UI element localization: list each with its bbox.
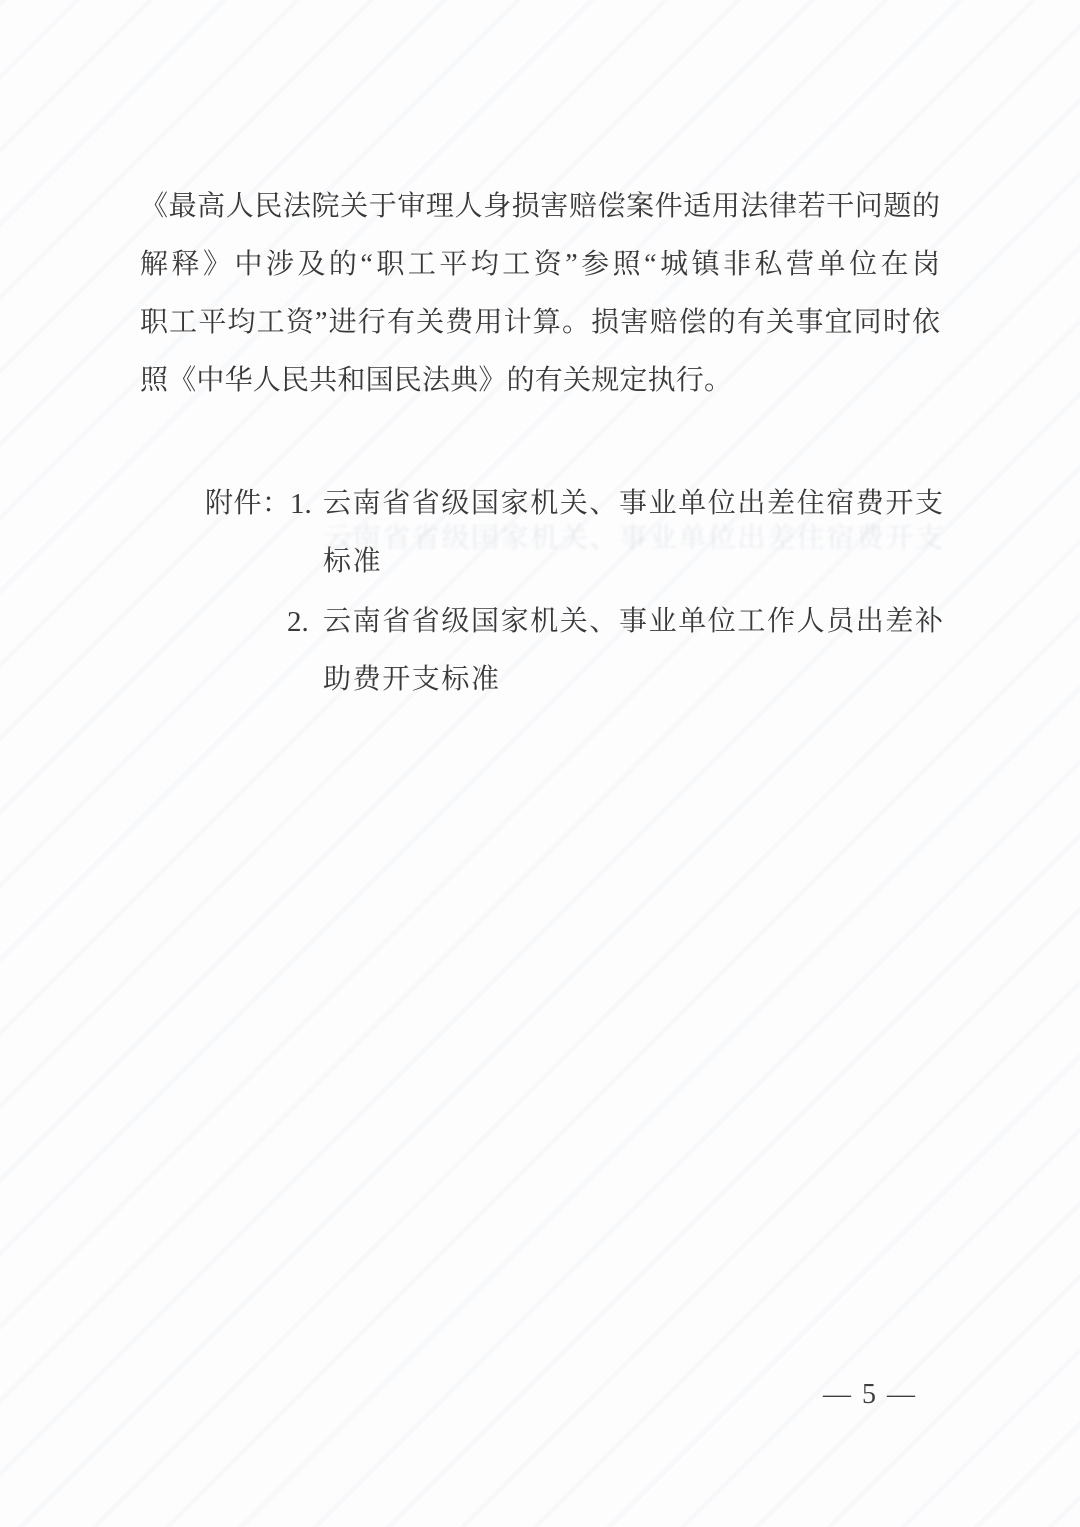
attachment-2-title-line-1: 云南省省级国家机关、事业单位工作人员出差补 (323, 593, 945, 651)
attachment-1-title-line-1: 云南省省级国家机关、事业单位出差住宿费开支 (323, 475, 945, 533)
document-page: 《最高人民法院关于审理人身损害赔偿案件适用法律若干问题的 解释》中涉及的“职工平… (0, 0, 1080, 1527)
attachment-2-title-line-2: 助费开支标准 (323, 651, 501, 709)
attachments-block: 附件： 1. 云南省省级国家机关、事业单位出差住宿费开支 标准 2. 云南省省级… (205, 475, 985, 715)
paragraph-line-1: 《最高人民法院关于审理人身损害赔偿案件适用法律若干问题的 (140, 178, 940, 236)
attachment-1-number: 1. (290, 475, 312, 533)
page-number: — 5 — (800, 1378, 940, 1412)
attachment-row-4: 助费开支标准 (205, 651, 985, 709)
attachment-1-title-line-2: 标准 (323, 533, 382, 591)
attachment-row-1: 附件： 1. 云南省省级国家机关、事业单位出差住宿费开支 (205, 475, 985, 533)
body-paragraph: 《最高人民法院关于审理人身损害赔偿案件适用法律若干问题的 解释》中涉及的“职工平… (140, 178, 940, 410)
paragraph-line-4: 照《中华人民共和国民法典》的有关规定执行。 (140, 352, 940, 410)
attachments-label: 附件： (205, 475, 291, 533)
paragraph-line-2: 解释》中涉及的“职工平均工资”参照“城镇非私营单位在岗 (140, 236, 940, 294)
paragraph-line-3: 职工平均工资”进行有关费用计算。损害赔偿的有关事宜同时依 (140, 294, 940, 352)
attachment-2-number: 2. (287, 593, 309, 651)
attachment-row-2: 标准 (205, 533, 985, 591)
attachment-row-3: 2. 云南省省级国家机关、事业单位工作人员出差补 (205, 593, 985, 651)
